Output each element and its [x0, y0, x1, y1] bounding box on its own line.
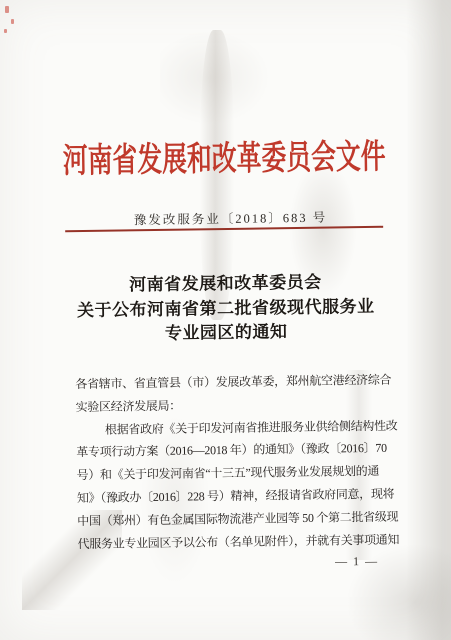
agency-header-title-text: 河南省发展和改革委员会文件 [62, 136, 385, 185]
page-number: — 1 — [326, 554, 388, 570]
recipient-line: 各省辖市、省直管县（市）发展改革委，郑州航空港经济综合 [75, 369, 393, 396]
agency-header-title: 河南省发展和改革委员会文件 [0, 135, 449, 185]
document-number: 豫发改服务业〔2018〕683 号 [5, 206, 451, 230]
document-body: 各省辖市、省直管县（市）发展改革委，郑州航空港经济综合 实验区经济发展局： 根据… [75, 369, 396, 556]
document-title-line: 专业园区的通知 [0, 318, 451, 349]
document-title: 河南省发展和改革委员会 关于公布河南省第二批省级现代服务业 专业园区的通知 [0, 269, 451, 349]
body-line: 代服务业专业园区予以公布（名单见附件），并就有关事项通知 [77, 528, 395, 555]
document-page: 河南省发展和改革委员会文件 豫发改服务业〔2018〕683 号 河南省发展和改革… [0, 0, 451, 640]
document-content: 河南省发展和改革委员会文件 豫发改服务业〔2018〕683 号 河南省发展和改革… [0, 0, 451, 640]
